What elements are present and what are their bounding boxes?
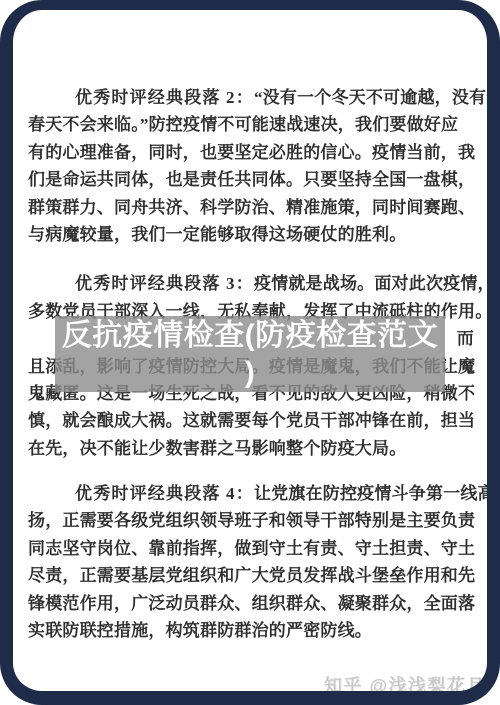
paragraph-heading-line: 优秀时评经典段落 2：“没有一个冬天不可逾越，没有一个 — [28, 84, 474, 111]
document-line: 慎，就会酿成大祸。这就需要每个党员干部冲锋在前，担当 — [28, 407, 474, 434]
document-line: 扬，正需要各级党组织领导班子和领导干部特别是主要负责 — [28, 507, 474, 534]
document-line: 尽责，正需要基层党组织和广大党员发挥战斗堡垒作用和先 — [28, 562, 474, 589]
paragraph: 优秀时评经典段落 2：“没有一个冬天不可逾越，没有一个春天不会来临。”防控疫情不… — [28, 84, 474, 248]
document-line: 们是命运共同体，也是责任共同体。只要坚持全国一盘棋， — [28, 166, 474, 193]
document-line: 有的心理准备，同时，也要坚定必胜的信心。疫情当前，我 — [28, 139, 474, 166]
paragraph-heading-line: 优秀时评经典段落 3：疫情就是战场。面对此次疫情，绝大 — [28, 270, 474, 297]
document-line: 春天不会来临。”防控疫情不可能速战速决，我们要做好应 — [28, 111, 474, 138]
title-overlay: 反抗疫情检查(防疫检查范文 ) — [55, 316, 445, 392]
paragraph: 优秀时评经典段落 4：让党旗在防控疫情斗争第一线高高飘扬，正需要各级党组织领导班… — [28, 480, 474, 644]
title-line-2: ) — [55, 354, 445, 391]
document-line: 同志坚守岗位、靠前指挥，做到守土有责、守土担责、守土 — [28, 535, 474, 562]
paragraph-heading-line: 优秀时评经典段落 4：让党旗在防控疫情斗争第一线高高飘 — [28, 480, 474, 507]
title-line-1: 反抗疫情检查(防疫检查范文 — [55, 317, 445, 354]
document-line: 群策群力、同舟共济、科学防治、精准施策，同时间赛跑、 — [28, 194, 474, 221]
document-line: 实联防联控措施，构筑群防群治的严密防线。 — [28, 617, 474, 644]
document-line: 锋模范作用，广泛动员群众、组织群众、凝聚群众，全面落 — [28, 590, 474, 617]
paragraph-heading: 优秀时评经典段落 3： — [75, 274, 254, 293]
paragraph-heading: 优秀时评经典段落 2： — [75, 88, 254, 107]
document-line: 在先，决不能让少数害群之马影响整个防疫大局。 — [28, 435, 474, 462]
watermark: 知乎 @浅浅梨花月 — [324, 672, 486, 698]
paragraph-heading: 优秀时评经典段落 4： — [75, 484, 254, 503]
document-line: 与病魔较量，我们一定能够取得这场硬仗的胜利。 — [28, 221, 474, 248]
